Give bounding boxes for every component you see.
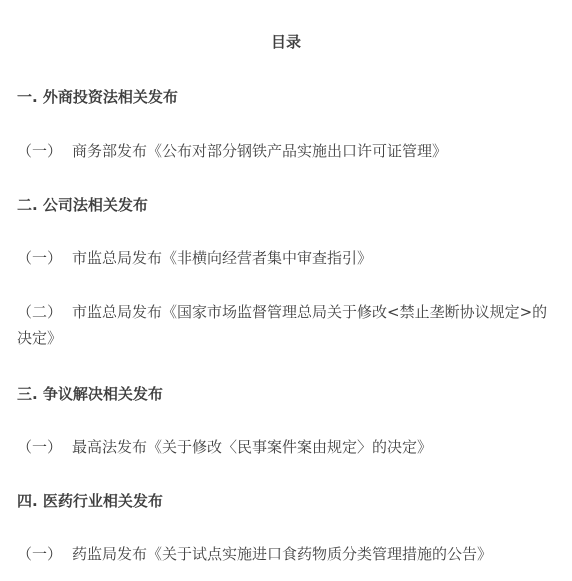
toc-title: 目录 <box>0 32 572 52</box>
toc-item[interactable]: （一）市监总局发布《非横向经营者集中审查指引》 <box>17 245 562 271</box>
item-text: 市监总局发布《国家市场监督管理总局关于修改<禁止垄断协议规定>的决定》 <box>17 303 547 347</box>
item-text: 商务部发布《公布对部分钢铁产品实施出口许可证管理》 <box>72 142 447 160</box>
item-number: （二） <box>17 303 62 321</box>
section-heading-pharma: 四. 医药行业相关发布 <box>17 491 163 511</box>
section-heading-foreign-investment: 一. 外商投资法相关发布 <box>17 87 178 107</box>
item-number: （一） <box>17 438 62 456</box>
item-text: 最高法发布《关于修改〈民事案件案由规定〉的决定》 <box>72 438 432 456</box>
section-heading-company-law: 二. 公司法相关发布 <box>17 195 148 215</box>
item-number: （一） <box>17 142 62 160</box>
toc-item[interactable]: （一）商务部发布《公布对部分钢铁产品实施出口许可证管理》 <box>17 138 562 164</box>
document-toc: 目录 一. 外商投资法相关发布 （一）商务部发布《公布对部分钢铁产品实施出口许可… <box>0 0 572 581</box>
item-text: 市监总局发布《非横向经营者集中审查指引》 <box>72 249 372 267</box>
toc-item[interactable]: （一）药监局发布《关于试点实施进口食药物质分类管理措施的公告》 <box>17 541 562 567</box>
item-number: （一） <box>17 545 62 563</box>
section-heading-dispute-resolution: 三. 争议解决相关发布 <box>17 384 163 404</box>
item-number: （一） <box>17 249 62 267</box>
toc-item[interactable]: （一）最高法发布《关于修改〈民事案件案由规定〉的决定》 <box>17 434 562 460</box>
toc-item[interactable]: （二）市监总局发布《国家市场监督管理总局关于修改<禁止垄断协议规定>的决定》 <box>17 299 562 351</box>
item-text: 药监局发布《关于试点实施进口食药物质分类管理措施的公告》 <box>72 545 492 563</box>
